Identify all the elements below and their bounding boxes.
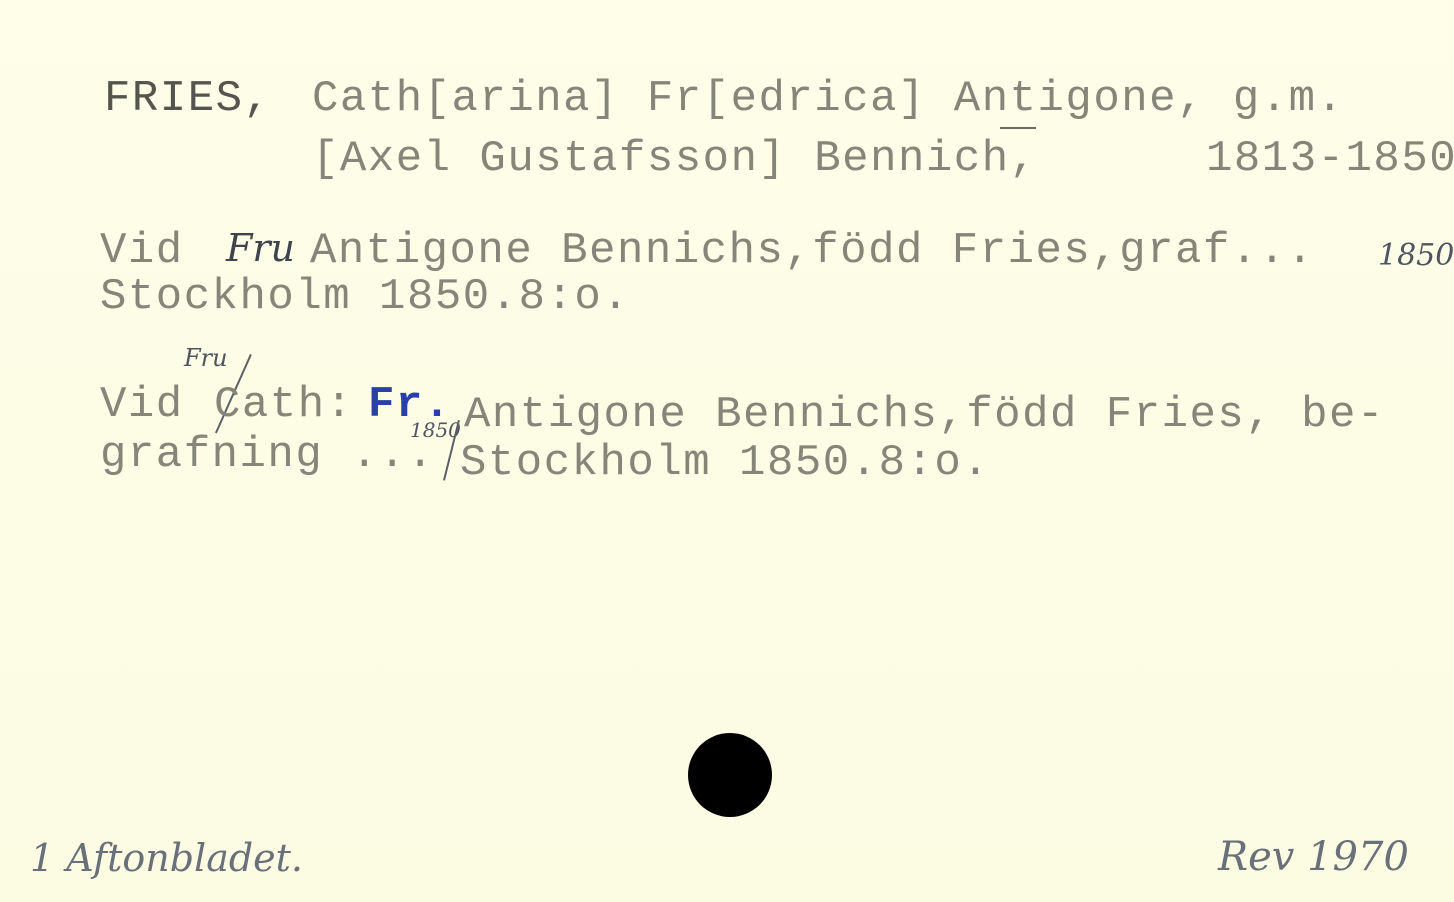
footer-source-note: 1 Aftonbladet. xyxy=(30,836,303,880)
entry2-struck-cath: Cath: xyxy=(214,380,354,430)
entry2-prefix: Vid xyxy=(100,380,184,430)
heading-given-names: Cath[arina] Fr[edrica] Antigone, g.m. xyxy=(312,74,1344,124)
heading-surname: FRIES, xyxy=(104,74,271,124)
entry1-handwritten-fru: Fru xyxy=(226,226,295,270)
heading-dates: 1813-1850 xyxy=(1206,134,1454,184)
entry1-prefix: Vid xyxy=(100,226,184,276)
punch-hole xyxy=(688,733,772,817)
entry2-line2-prefix: grafning ... xyxy=(100,430,435,480)
entry1-handwritten-year: 1850 xyxy=(1378,238,1454,273)
entry2-line2-text: Stockholm 1850.8:o. xyxy=(460,438,990,488)
entry1-line2: Stockholm 1850.8:o. xyxy=(100,272,630,322)
underline-mark xyxy=(1000,127,1036,129)
entry2-text: Antigone Bennichs,född Fries, be- xyxy=(464,390,1385,440)
catalog-card: FRIES, Cath[arina] Fr[edrica] Antigone, … xyxy=(0,0,1454,902)
heading-spouse: [Axel Gustafsson] Bennich, xyxy=(312,134,1038,184)
footer-revision-note: Rev 1970 xyxy=(1218,834,1409,880)
entry2-handwritten-fru: Fru xyxy=(184,344,228,372)
entry1-text: Antigone Bennichs,född Fries,graf... xyxy=(310,226,1315,276)
